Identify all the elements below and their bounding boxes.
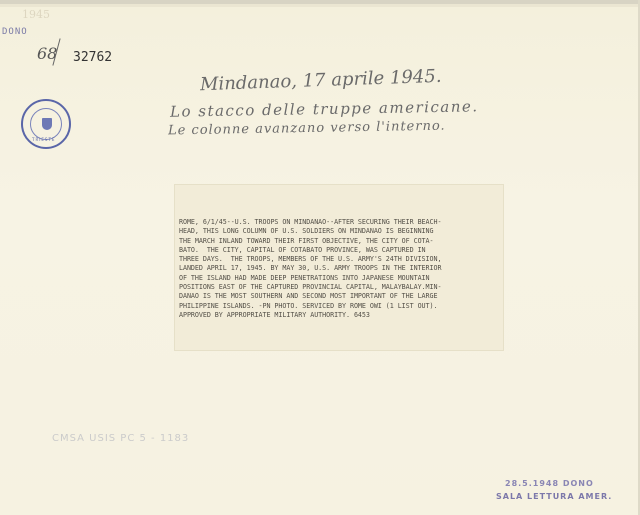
caption-text: ROME, 6/1/45--U.S. TROOPS ON MINDANAO--A… [179,218,501,320]
seal-inner-ring [30,108,62,140]
caption-line: APPROVED BY APPROPRIATE MILITARY AUTHORI… [179,311,370,319]
seal-text: TRIESTE [32,137,55,142]
handwritten-line-2: Le colonne avanzano verso l'interno. [168,119,446,139]
handwritten-title: Mindanao, 17 aprile 1945. [200,66,442,95]
handwritten-line-1: Lo stacco delle truppe americane. [170,97,479,120]
archive-code-pencil: CMSA USIS PC 5 - 1183 [52,433,189,444]
reading-room-stamp: SALA LETTURA AMER. [496,492,612,501]
archive-seal-stamp: TRIESTE [21,99,71,149]
caption-line: HEAD, THIS LONG COLUMN OF U.S. SOLDIERS … [179,227,433,235]
donation-date-stamp: 28.5.1948 DONO [505,479,594,488]
caption-line: POSITIONS EAST OF THE CAPTURED PROVINCIA… [179,283,441,291]
photo-back-sheet: 1945 DONO 68 32762 TRIESTE Mindanao, 17 … [0,0,640,515]
paper-top-edge-shadow [0,4,640,7]
caption-line: BATO. THE CITY, CAPITAL OF COTABATO PROV… [179,246,426,254]
caption-line: LANDED APRIL 17, 1945. BY MAY 30, U.S. A… [179,264,441,272]
faint-pencil-year: 1945 [22,8,50,21]
caption-line: ROME, 6/1/45--U.S. TROOPS ON MINDANAO--A… [179,218,441,226]
typed-caption-slip: ROME, 6/1/45--U.S. TROOPS ON MINDANAO--A… [175,185,503,350]
caption-line: OF THE ISLAND HAD MADE DEEP PENETRATIONS… [179,274,430,282]
shield-icon [42,118,52,130]
caption-line: THE MARCH INLAND TOWARD THEIR FIRST OBJE… [179,237,433,245]
caption-line: DANAO IS THE MOST SOUTHERN AND SECOND MO… [179,292,437,300]
dono-stamp-top: DONO [2,27,28,37]
caption-line: PHILIPPINE ISLANDS. -PN PHOTO. SERVICED … [179,302,437,310]
reference-number: 32762 [73,50,112,65]
caption-line: THREE DAYS. THE TROOPS, MEMBERS OF THE U… [179,255,441,263]
